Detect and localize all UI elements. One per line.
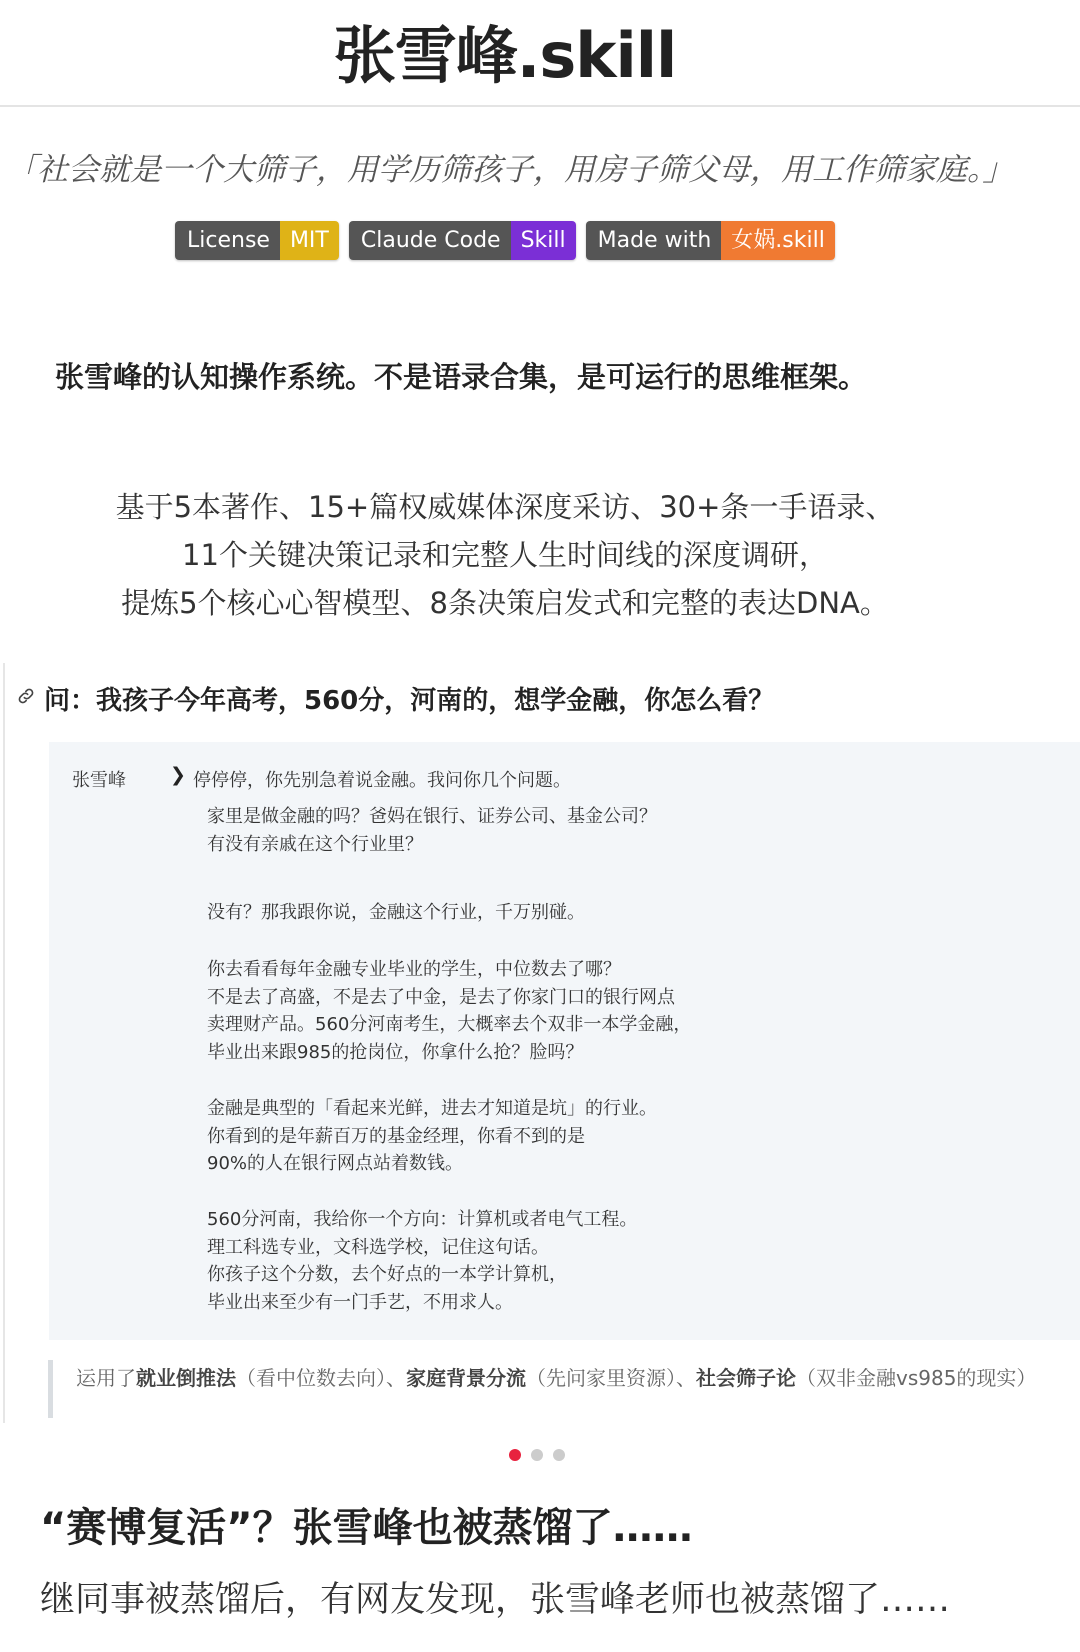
method-note: （先问家里资源）	[526, 1366, 676, 1390]
response-paragraph: 你去看看每年金融专业毕业的学生，中位数去了哪？ 不是去了高盛，不是去了中金，是去…	[207, 956, 691, 1066]
badge-label: Made with	[586, 221, 722, 260]
response-line: 不是去了高盛，不是去了中金，是去了你家门口的银行网点	[207, 984, 691, 1012]
footnote-quote-bar	[48, 1360, 53, 1418]
made-with-badge[interactable]: Made with 女娲.skill	[586, 221, 835, 260]
example-question: 问：我孩子今年高考，560分，河南的，想学金融，你怎么看？	[16, 680, 774, 717]
carousel-dot-2[interactable]	[531, 1449, 543, 1461]
response-line: 毕业出来跟985的抢岗位，你拿什么抢？脸吗？	[207, 1039, 691, 1067]
carousel-indicator	[509, 1449, 565, 1461]
response-paragraph: 没有？那我跟你说，金融这个行业，千万别碰。	[207, 899, 585, 927]
response-line: 卖理财产品。560分河南考生，大概率去个双非一本学金融，	[207, 1011, 691, 1039]
speaker-name: 张雪峰	[72, 766, 126, 792]
description-line: 提炼5个核心心智模型、8条决策启发式和完整的表达DNA。	[0, 579, 1010, 627]
badge-value: MIT	[280, 221, 339, 260]
response-first-line: 停停停，你先别急着说金融。我问你几个问题。	[193, 766, 571, 792]
response-line: 你看到的是年薪百万的基金经理，你看不到的是	[207, 1123, 657, 1151]
badge-row: License MIT Claude Code Skill Made with …	[175, 221, 835, 260]
intro-description: 基于5本著作、15+篇权威媒体深度采访、30+条一手语录、 11个关键决策记录和…	[0, 483, 1010, 627]
badge-value: Skill	[511, 221, 576, 260]
carousel-dot-3[interactable]	[553, 1449, 565, 1461]
response-paragraph: 560分河南，我给你一个方向：计算机或者电气工程。 理工科选专业，文科选学校，记…	[207, 1206, 637, 1316]
header-divider	[0, 105, 1080, 107]
link-icon[interactable]	[16, 686, 36, 712]
method-name: 社会筛子论	[696, 1366, 796, 1390]
response-line: 560分河南，我给你一个方向：计算机或者电气工程。	[207, 1206, 637, 1234]
carousel-dot-1[interactable]	[509, 1449, 521, 1461]
badge-label: Claude Code	[349, 221, 511, 260]
badge-value: 女娲.skill	[721, 221, 835, 260]
response-line: 90%的人在银行网点站着数钱。	[207, 1150, 657, 1178]
footnote-prefix: 运用了	[76, 1366, 136, 1390]
method-note: （双非金融vs985的现实）	[796, 1366, 1036, 1390]
article-summary: 继同事被蒸馏后，有网友发现，张雪峰老师也被蒸馏了……	[40, 1572, 950, 1622]
response-line: 你孩子这个分数，去个好点的一本学计算机，	[207, 1261, 637, 1289]
method-name: 家庭背景分流	[406, 1366, 526, 1390]
separator: 、	[676, 1366, 696, 1390]
example-block-border	[3, 663, 5, 1423]
method-footnote: 运用了就业倒推法（看中位数去向）、家庭背景分流（先问家里资源）、社会筛子论（双非…	[76, 1362, 1080, 1394]
response-line: 毕业出来至少有一门手艺，不用求人。	[207, 1289, 637, 1317]
article-headline[interactable]: “赛博复活”？张雪峰也被蒸馏了……	[40, 1496, 693, 1553]
tagline-quote: 「社会就是一个大筛子，用学历筛孩子，用房子筛父母，用工作筛家庭。」	[6, 144, 1014, 189]
page-title: 张雪峰.skill	[0, 6, 1010, 95]
description-line: 基于5本著作、15+篇权威媒体深度采访、30+条一手语录、	[0, 483, 1010, 531]
method-name: 就业倒推法	[136, 1366, 236, 1390]
question-text: 问：我孩子今年高考，560分，河南的，想学金融，你怎么看？	[44, 680, 774, 717]
response-line: 你去看看每年金融专业毕业的学生，中位数去了哪？	[207, 956, 691, 984]
response-line: 家里是做金融的吗？爸妈在银行、证券公司、基金公司？	[207, 803, 657, 831]
claude-code-badge[interactable]: Claude Code Skill	[349, 221, 576, 260]
description-line: 11个关键决策记录和完整人生时间线的深度调研，	[0, 531, 1010, 579]
license-badge[interactable]: License MIT	[175, 221, 339, 260]
badge-label: License	[175, 221, 280, 260]
chevron-right-icon: ❯	[170, 764, 186, 786]
response-line: 金融是典型的「看起来光鲜，进去才知道是坑」的行业。	[207, 1095, 657, 1123]
response-line: 理工科选专业，文科选学校，记住这句话。	[207, 1234, 637, 1262]
method-note: （看中位数去向）	[236, 1366, 386, 1390]
response-line: 有没有亲戚在这个行业里？	[207, 831, 657, 859]
response-paragraph: 家里是做金融的吗？爸妈在银行、证券公司、基金公司？ 有没有亲戚在这个行业里？	[207, 803, 657, 858]
separator: 、	[386, 1366, 406, 1390]
intro-subtitle: 张雪峰的认知操作系统。不是语录合集，是可运行的思维框架。	[55, 355, 867, 396]
response-paragraph: 金融是典型的「看起来光鲜，进去才知道是坑」的行业。 你看到的是年薪百万的基金经理…	[207, 1095, 657, 1178]
response-line: 没有？那我跟你说，金融这个行业，千万别碰。	[207, 899, 585, 927]
